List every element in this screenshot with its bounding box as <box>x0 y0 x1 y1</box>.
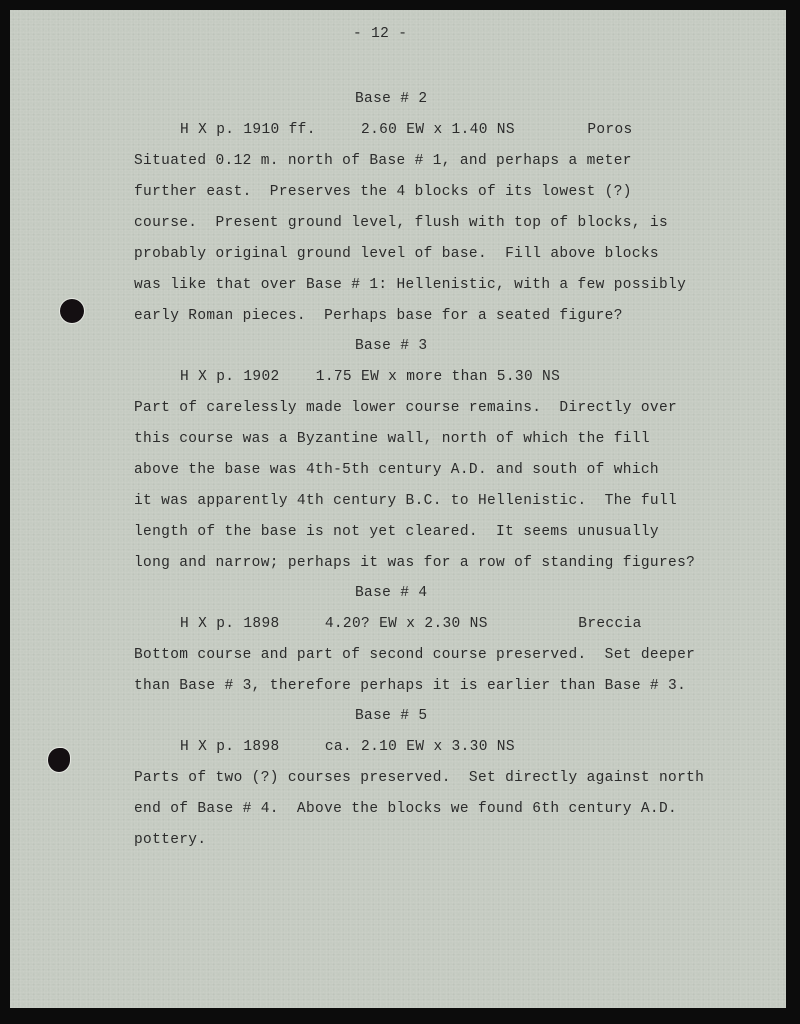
section-heading-base-5: Base # 5 <box>355 707 427 725</box>
section-heading-base-4: Base # 4 <box>355 584 427 602</box>
section-meta-base-4: H X p. 1898 4.20? EW x 2.30 NS Breccia <box>180 615 642 633</box>
body-line: was like that over Base # 1: Hellenistic… <box>134 276 686 294</box>
body-line: length of the base is not yet cleared. I… <box>134 523 659 541</box>
body-line: Parts of two (?) courses preserved. Set … <box>134 769 704 787</box>
body-line: than Base # 3, therefore perhaps it is e… <box>134 677 686 695</box>
punch-hole-icon <box>48 748 70 772</box>
body-line: this course was a Byzantine wall, north … <box>134 430 650 448</box>
body-line: above the base was 4th-5th century A.D. … <box>134 461 659 479</box>
body-line: course. Present ground level, flush with… <box>134 214 668 232</box>
body-line: further east. Preserves the 4 blocks of … <box>134 183 632 201</box>
body-line: early Roman pieces. Perhaps base for a s… <box>134 307 623 325</box>
body-line: Part of carelessly made lower course rem… <box>134 399 677 417</box>
section-heading-base-2: Base # 2 <box>355 90 427 108</box>
punch-hole-icon <box>60 299 84 323</box>
body-line: probably original ground level of base. … <box>134 245 659 263</box>
body-line: pottery. <box>134 831 206 849</box>
section-meta-base-5: H X p. 1898 ca. 2.10 EW x 3.30 NS <box>180 738 515 756</box>
section-meta-base-3: H X p. 1902 1.75 EW x more than 5.30 NS <box>180 368 560 386</box>
body-line: end of Base # 4. Above the blocks we fou… <box>134 800 677 818</box>
body-line: Situated 0.12 m. north of Base # 1, and … <box>134 152 632 170</box>
section-meta-base-2: H X p. 1910 ff. 2.60 EW x 1.40 NS Poros <box>180 121 633 139</box>
section-heading-base-3: Base # 3 <box>355 337 427 355</box>
body-line: Bottom course and part of second course … <box>134 646 695 664</box>
page-number: - 12 - <box>353 25 407 43</box>
body-line: it was apparently 4th century B.C. to He… <box>134 492 677 510</box>
document-page: - 12 - Base # 2 H X p. 1910 ff. 2.60 EW … <box>10 10 786 1008</box>
body-line: long and narrow; perhaps it was for a ro… <box>134 554 695 572</box>
